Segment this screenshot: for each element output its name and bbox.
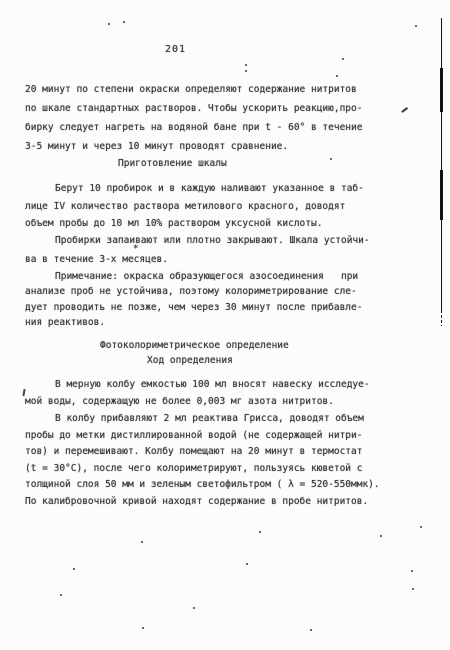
scale-paragraph-2: Пробирки запаивают или плотно закрывают.… <box>25 231 405 269</box>
speckle <box>60 594 62 596</box>
scan-edge-blob <box>440 68 443 112</box>
speckle <box>142 627 144 629</box>
procedure-paragraph-2: В колбу прибавляют 2 мл реактива Грисса,… <box>25 411 405 510</box>
text-line: тов) и перемешивают. Колбу помещают на 2… <box>25 444 405 461</box>
text-line: Пробирки запаивают или плотно закрывают.… <box>25 231 405 250</box>
speckle <box>342 58 344 60</box>
speckle <box>246 563 248 565</box>
page-number: 201 <box>165 44 186 55</box>
section-heading-scale-preparation: Приготовление шкалы <box>118 158 227 169</box>
text-line: По калибровочной кривой находят содержан… <box>25 494 405 511</box>
procedure-paragraph-1: В мерную колбу емкостью 100 мл вносят на… <box>25 376 405 410</box>
text-line: мой воды, содержащую не более 0,003 мг а… <box>25 393 405 410</box>
scan-edge-line <box>441 18 442 310</box>
text-line: по шкале стандартных растворов. Чтобы ус… <box>25 99 405 118</box>
speckle <box>193 607 195 609</box>
speckle <box>310 629 312 631</box>
text-line: Примечание: окраска образующегося азосое… <box>25 269 405 284</box>
scale-paragraph-1: Берут 10 пробирок и в каждую наливают ук… <box>25 180 405 233</box>
speckle <box>411 570 413 572</box>
footnote-asterisk: * <box>133 244 138 254</box>
section-heading-procedure: Ход определения <box>147 355 233 366</box>
text-line: (t = 30°С), после чего колориметрируют, … <box>25 461 405 478</box>
speckle <box>245 64 247 66</box>
text-line: толщиной слоя 50 мм и зеленым светофильт… <box>25 477 405 494</box>
speckle <box>415 25 417 27</box>
text-line: Берут 10 пробирок и в каждую наливают ук… <box>25 180 405 198</box>
text-line: лице IV количество раствора метилового к… <box>25 198 405 216</box>
intro-paragraph: 20 минут по степени окраски определяют с… <box>25 80 405 156</box>
text-line: ва в течение 3-х месяцев. <box>25 250 405 269</box>
speckle <box>141 541 143 543</box>
text-line: объем пробы до 10 мл 10% раствором уксус… <box>25 215 405 233</box>
speckle <box>123 21 125 23</box>
text-line: 20 минут по степени окраски определяют с… <box>25 80 405 99</box>
text-line: бирку следует нагреть на водяной бане пр… <box>25 118 405 137</box>
speckle <box>245 70 247 72</box>
scan-edge-fade <box>441 310 442 326</box>
speckle <box>330 158 332 160</box>
scanned-page: 201 20 минут по степени окраски определя… <box>0 0 450 650</box>
text-line: В колбу прибавляют 2 мл реактива Грисса,… <box>25 411 405 428</box>
text-line: 3-5 минут и через 10 минут проводят срав… <box>25 137 405 156</box>
speckle <box>380 535 382 537</box>
speckle <box>73 568 75 570</box>
text-line: В мерную колбу емкостью 100 мл вносят на… <box>25 376 405 393</box>
speckle <box>336 75 338 77</box>
speckle <box>412 588 414 590</box>
section-heading-photocolorimetric: Фотоколориметрическое определение <box>100 340 289 351</box>
speckle <box>420 526 422 528</box>
speckle <box>108 23 110 25</box>
text-line: анализе проб не устойчива, поэтому колор… <box>25 284 405 299</box>
note-paragraph: Примечание: окраска образующегося азосое… <box>25 269 405 331</box>
speckle <box>259 531 261 533</box>
scan-edge-blob <box>440 170 443 220</box>
text-line: дует проводить не позже, чем через 30 ми… <box>25 300 405 315</box>
text-line: пробы до метки дистиллированной водой (н… <box>25 428 405 445</box>
text-line: ния реактивов. <box>25 315 405 330</box>
